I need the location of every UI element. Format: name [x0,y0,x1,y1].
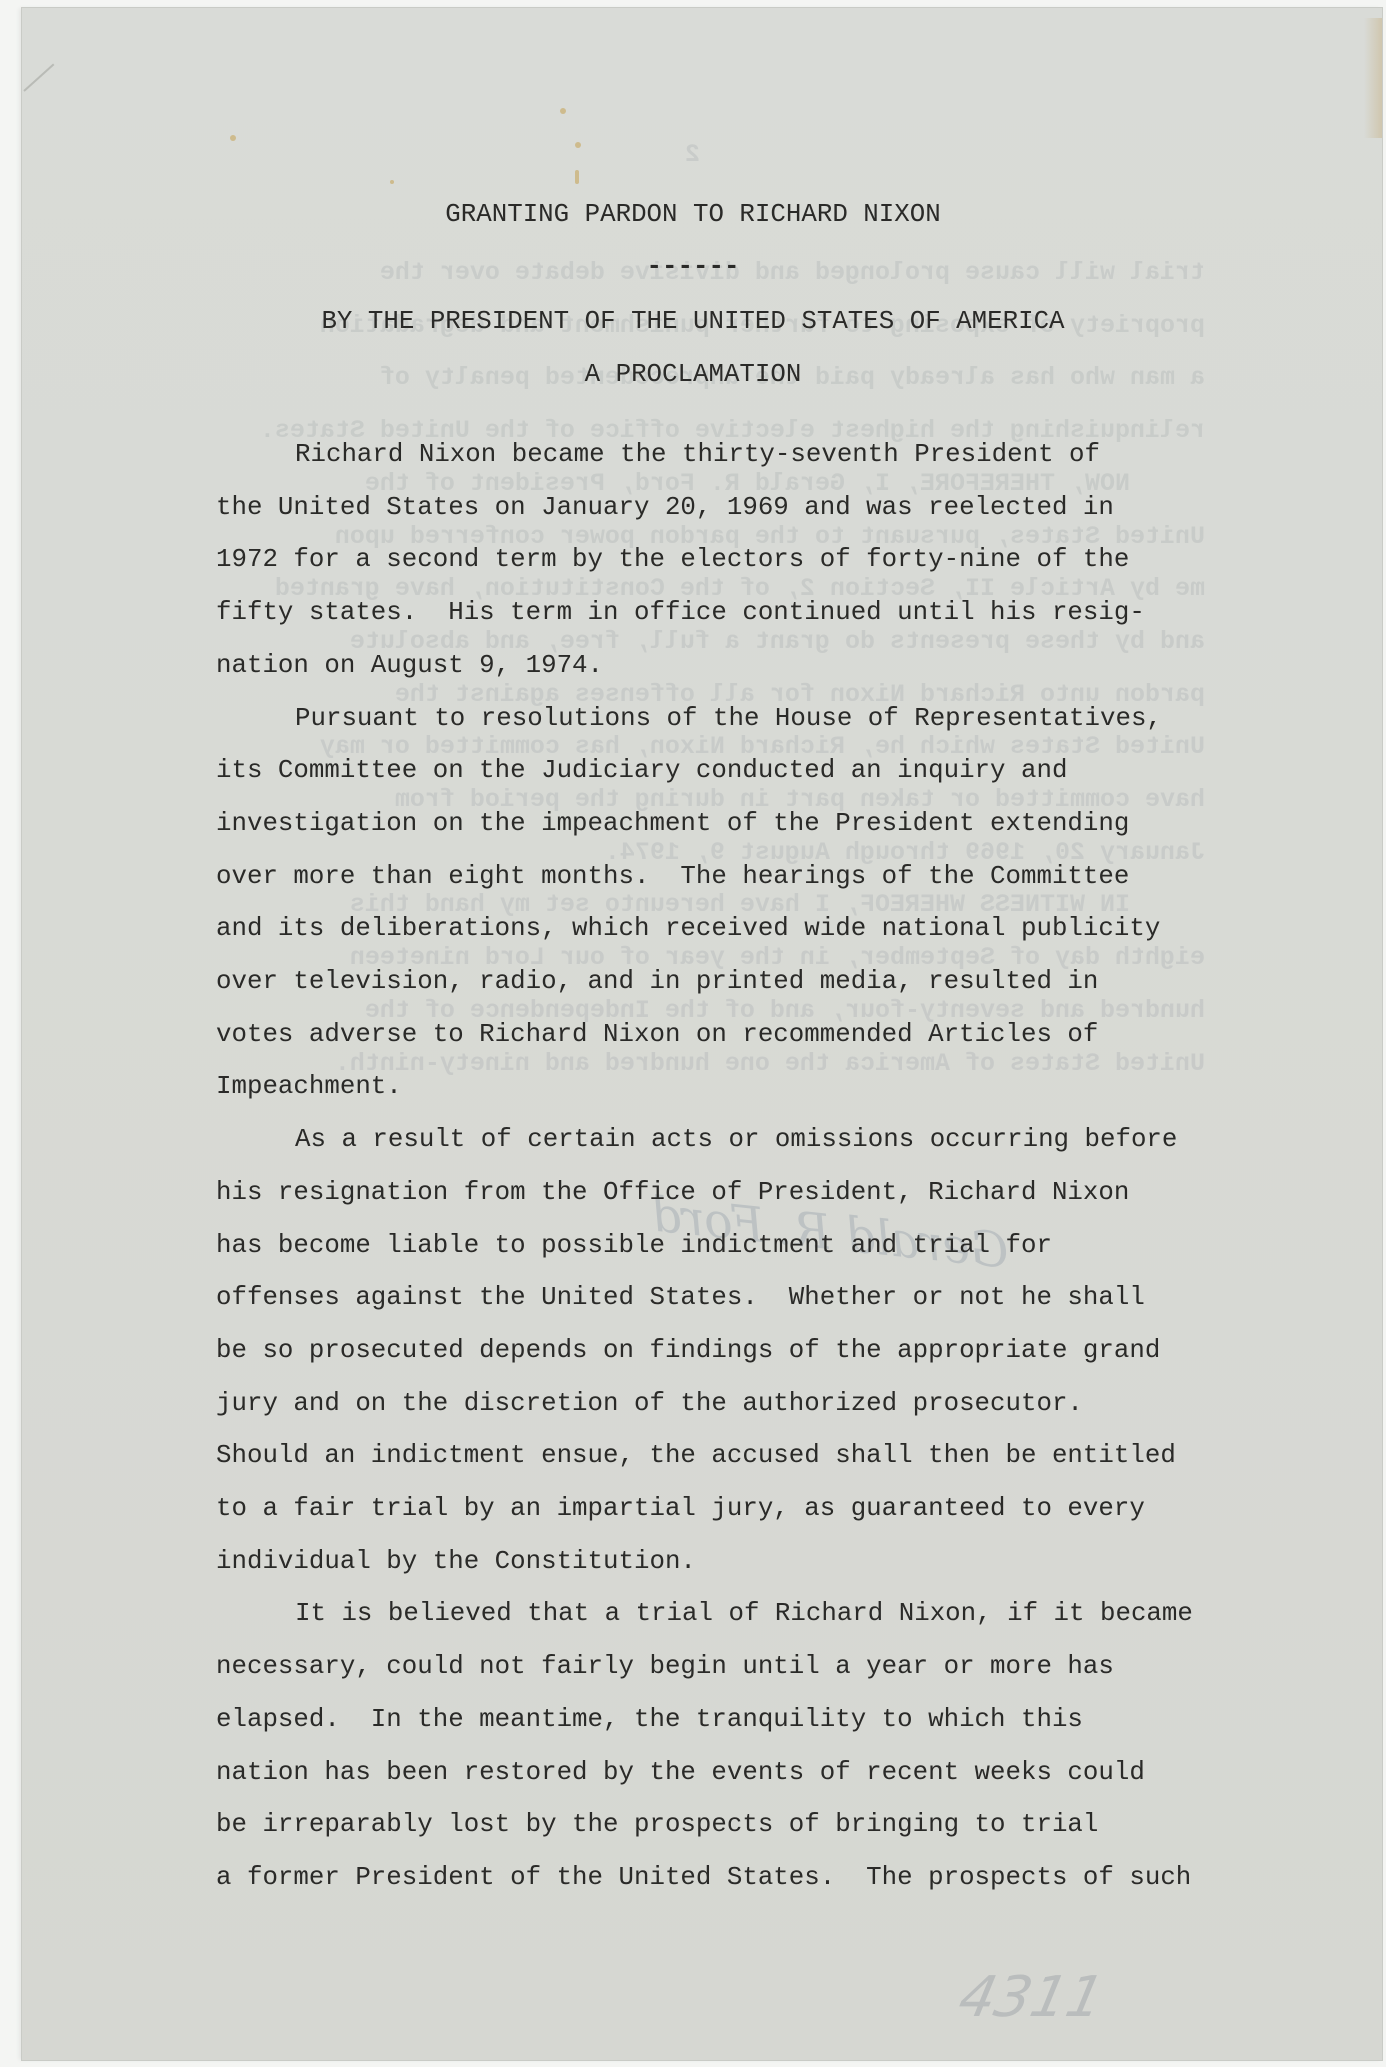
paragraph-line: fifty states. His term in office continu… [216,598,1145,628]
paragraph-line: investigation on the impeachment of the … [216,809,1129,839]
paragraph-line: As a result of certain acts or omissions… [295,1125,1177,1155]
stain-mark [390,180,394,184]
stain-mark [230,135,236,141]
paragraph-line: elapsed. In the meantime, the tranquilit… [216,1705,1083,1735]
paragraph-line: necessary, could not fairly begin until … [216,1652,1114,1682]
paragraph-line: nation on August 9, 1974. [216,651,603,681]
issuer-heading: BY THE PRESIDENT OF THE UNITED STATES OF… [0,307,1386,337]
paragraph-line: Richard Nixon became the thirty-seventh … [295,440,1100,470]
paragraph-line: over television, radio, and in printed m… [216,967,1098,997]
paragraph-line: Should an indictment ensue, the accused … [216,1441,1176,1471]
document-type-heading: A PROCLAMATION [0,360,1386,390]
paragraph-line: has become liable to possible indictment… [216,1231,1052,1261]
paragraph-line: 1972 for a second term by the electors o… [216,545,1129,575]
paragraph-line: and its deliberations, which received wi… [216,914,1160,944]
paragraph-line: Pursuant to resolutions of the House of … [295,704,1162,734]
title-separator: ------ [0,252,1386,282]
paragraph-line: Impeachment. [216,1072,402,1102]
paragraph-line: a former President of the United States.… [216,1863,1191,1893]
paragraph-line: over more than eight months. The hearing… [216,862,1129,892]
paragraph-line: its Committee on the Judiciary conducted… [216,756,1067,786]
paragraph-line: individual by the Constitution. [216,1547,696,1577]
stain-mark [575,170,579,184]
paragraph-line: votes adverse to Richard Nixon on recomm… [216,1020,1098,1050]
stain-mark [575,142,581,148]
paragraph-line: It is believed that a trial of Richard N… [295,1599,1193,1629]
paragraph-line: be irreparably lost by the prospects of … [216,1810,1098,1840]
handwritten-archive-number: 4311 [953,1965,1109,2030]
document-title: GRANTING PARDON TO RICHARD NIXON [0,200,1386,230]
paragraph-line: the United States on January 20, 1969 an… [216,493,1114,523]
stain-mark [560,108,566,114]
paragraph-line: nation has been restored by the events o… [216,1758,1145,1788]
paragraph-line: offenses against the United States. Whet… [216,1283,1145,1313]
paragraph-line: his resignation from the Office of Presi… [216,1178,1129,1208]
paragraph-line: be so prosecuted depends on findings of … [216,1336,1160,1366]
bleed-through-page-number: 2 [685,140,700,170]
paragraph-line: jury and on the discretion of the author… [216,1389,1083,1419]
paragraph-line: to a fair trial by an impartial jury, as… [216,1494,1145,1524]
